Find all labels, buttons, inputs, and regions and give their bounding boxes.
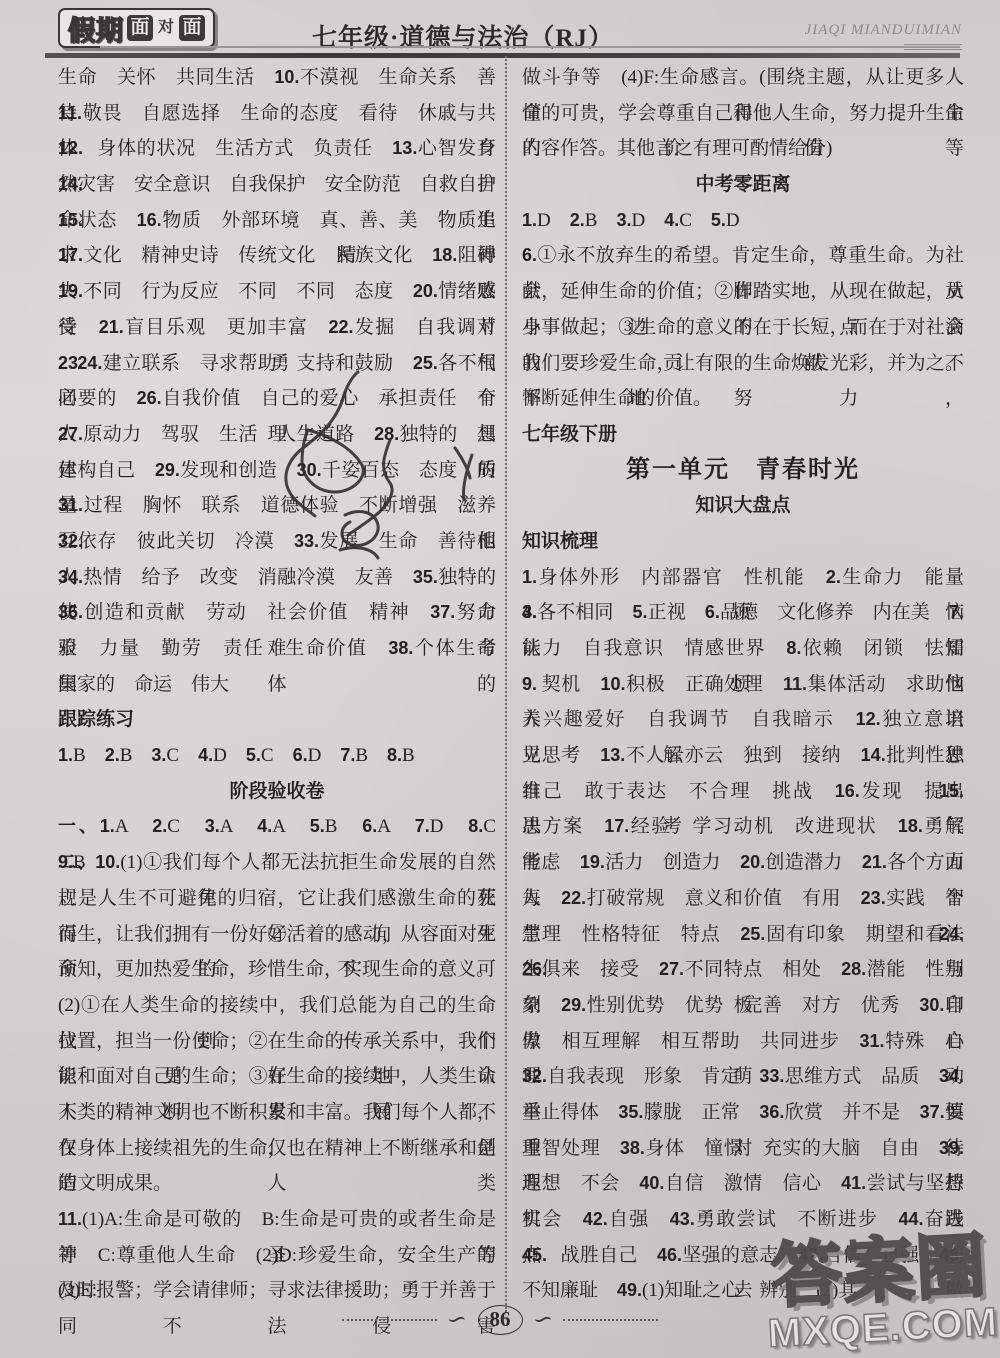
text-line: 命状态 16.物质 外部环境 真、善、美 物质追求 精神 [58, 203, 496, 239]
text-line: 理想 不会 40.自信 激情 信心 41.尝试与坚持 实践 [522, 1166, 964, 1202]
header-rule-dark [45, 53, 960, 58]
text-line: 待 21.盲目乐观 更加丰富 22.发掘 自我调节 23.勇气 [58, 310, 496, 346]
text-line: 理智处理 38.身体 憧憬 充实的大脑 自由 39.遐想 [522, 1131, 964, 1167]
text-line: 27.原动力 驾驭 生活 人生道路 28.独特的 具体的 [58, 417, 496, 453]
text-line: 人 22.打破常规 意义和价值 有用 23.实践 智慧 24. [522, 881, 964, 917]
header-rule-light [100, 46, 960, 48]
text-line: 11.敬畏 自愿选择 生命的态度 看待 休戚与共 12.身 [58, 96, 496, 132]
text-line: 1.B 2.B 3.C 4.D 5.C 6.D 7.B 8.B [58, 738, 496, 774]
text-line: 在身体上接续祖先的生命，也在精神上不断继承和创造人类 [58, 1131, 496, 1167]
text-line: 生俱来 接受 27.不同特点 相处 28.潜能 性别刻板印 [522, 952, 964, 988]
text-line: (2)①在人类生命的接续中，我们总能为自己的生命找到一个 [58, 988, 496, 1024]
text-line: 卑 相互理解 相互帮助 共同进步 31.特殊 心理萌动 [522, 1024, 964, 1060]
text-line: 预知，更加热爱生命，珍惜生命，实现生命的意义。 [58, 952, 496, 988]
text-line: 11.(1)A:生命是可敬的 B:生命是可贵的或者生命是神圣的 [58, 1202, 496, 1238]
section-heading: 知识梳理 [522, 524, 964, 560]
text-line: 举止得体 35.朦胧 正常 36.欣赏 并不是 37.慎重对待 [522, 1095, 964, 1131]
text-line: 然灾害 安全意识 自我保护 安全防范 自救自护 15.生 [58, 167, 496, 203]
watermark-logo-text: 答案圈 [763, 1230, 996, 1312]
text-line: 小事做起；③生命的意义不在于长短，而在于对社会的贡献。 [522, 310, 964, 346]
text-line: 生命 关怀 共同生活 10.不漠视 生命关系 善待 [58, 60, 496, 96]
text-line: 决方案 17.经验 学习动机 改进现状 18.勇气 能力 [522, 809, 964, 845]
section-heading: 第一单元 青春时光 [522, 453, 964, 489]
text-line: 34.热情 给予 改变 消融冷漠 友善 35.独特的使命 [58, 560, 496, 596]
logo-mian2-box: 面 [179, 15, 205, 41]
text-line: 位置，担当一份使命；②在生命的传承关系中，我们能更好地认 [58, 1024, 496, 1060]
section-heading: 知识大盘点 [522, 488, 964, 524]
logo-mian1-box: 面 [127, 15, 153, 41]
left-column: 生命 关怀 共同生活 10.不漠视 生命关系 善待11.敬畏 自愿选择 生命的态… [58, 60, 496, 1309]
logo-dui-text: 对 [156, 18, 176, 38]
footer-swirl-left-icon: ∽ [445, 1306, 470, 1334]
text-line: 识和面对自己的生命；③在生命的接续中，人类生命不断发展， [58, 1059, 496, 1095]
page-number: 86 [478, 1305, 523, 1335]
text-line: 而生，让我们拥有一份好好活着的感动，从容面对生命的不可 [58, 917, 496, 953]
text-line: 24.建立联系 寻求帮助 支持和鼓励 25.各不相同 有 [58, 346, 496, 382]
text-line: 一、1.A 2.C 3.A 4.A 5.B 6.A 7.D 8.C 9.B [58, 809, 496, 845]
text-line: 36.创造和贡献 劳动 社会价值 精神 37.努力 艰难考 [58, 595, 496, 631]
text-line: 32.自我表现 形象 肯定 33.思维方式 品质 34.重要 [522, 1059, 964, 1095]
footer-dotted-line-right [563, 1319, 658, 1321]
text-line: 互依存 彼此关切 冷漠 33.发展 生命 善待他人 [58, 524, 496, 560]
text-line: 19.不同 行为反应 不同 不同 态度 20.情绪感受 对 [58, 274, 496, 310]
page-header: 假期 面 对 面 七年级·道德与法治（RJ） JIAQI MIANDUIMIAN [0, 0, 1000, 64]
text-line: 6.①永不放弃生的希望。肯定生命，尊重生命。为社会作贡 [522, 238, 964, 274]
text-line: 能力 自我意识 情感世界 8.依赖 闭锁 怯懦 9.烦恼 [522, 631, 964, 667]
footer-swirl-right-icon: ∽ [530, 1306, 555, 1334]
text-line: 4.各不相同 5.正视 6.品德 文化修养 内在美 7.认知 [522, 595, 964, 631]
section-heading: 阶段验收卷 [58, 774, 496, 810]
text-line: 契机 10.积极 正确处理 11.集体活动 求助他人 培 [522, 667, 964, 703]
section-heading: 七年级下册 [522, 417, 964, 453]
brand-name-english: JIAQI MIANDUIMIAN [805, 22, 962, 39]
text-line: 31.过程 胸怀 联系 道德体验 不断增强 滋养 32.相 [58, 488, 496, 524]
brand-logo: 假期 面 对 面 [58, 8, 215, 48]
text-line: 1.身体外形 内部器官 性机能 2.生命力 能量 3.烦恼 [522, 560, 964, 596]
text-line: 生理 性格特征 特点 25.固有印象 期望和看法 26.与 [522, 917, 964, 953]
text-line: 等 C:尊重他人生命 (2)D:珍爱生命，安全生产等 (3)E: [58, 1238, 496, 1274]
text-line: 献，延伸生命的价值；②脚踏实地，从现在做起，从身边的点滴 [522, 274, 964, 310]
text-line: 建构自己 29.发现和创造 30.千姿百态 态度 质量 [58, 453, 496, 489]
site-watermark: 答案圈 MXQE.COM [763, 1230, 999, 1356]
text-line: 体 身体的状况 生活方式 负责任 13.心智发育 14.自 [58, 131, 496, 167]
text-line: 立思考 13.不人云亦云 独到 接纳 14.批判性思维 15. [522, 738, 964, 774]
page-title: 七年级·道德与法治（RJ） [312, 18, 614, 54]
text-line: 命的可贵，学会尊重自己和他人生命，努力提升生命的价值等 [522, 96, 964, 132]
text-line: 自己 敢于表达 不合理 挑战 16.发现 提出 思考 解 [522, 774, 964, 810]
section-heading: 跟踪练习 [58, 702, 496, 738]
logo-jiaqi-text: 假期 [68, 9, 124, 48]
text-line: 亡是人生不可避免的归宿，它让我们感激生命的获得；②向死 [58, 881, 496, 917]
text-line: 必要的 26.自我价值 自己的爱心 承担责任 个人理想 [58, 381, 496, 417]
text-line: 我们要珍爱生命，让有限的生命焕发光彩，并为之不懈地努力， [522, 346, 964, 382]
text-line: 人类的精神文明也不断积累和丰富。我们每个人都不仅仅是 [58, 1095, 496, 1131]
text-line: 考虑 19.活力 创造力 20.创造潜力 21.各个方面 每个 [522, 845, 964, 881]
text-line: 验 力量 勤劳 责任 生命价值 38.个体生命 集体的 [58, 631, 496, 667]
text-line: 养兴趣爱好 自我调节 自我暗示 12.独立意识 见解 独 [522, 702, 964, 738]
text-line: 二、10.(1)①我们每个人都无法抗拒生命发展的自然规律。死 [58, 845, 496, 881]
text-line: 做斗争等 (4)F:生命感言。(围绕主题，从让更多人懂得生 [522, 60, 964, 96]
text-line: 1.D 2.B 3.D 4.C 5.D [522, 203, 964, 239]
column-divider [505, 56, 507, 1312]
section-heading: 中考零距离 [522, 167, 964, 203]
text-line: 象 29.性别优势 优势 完善 对方 优秀 30.自傲 自 [522, 988, 964, 1024]
text-line: 17.文化 精神史诗 传统文化 民族文化 18.阻碍 失败 [58, 238, 496, 274]
footer-dotted-line-left [342, 1319, 437, 1321]
right-column: 做斗争等 (4)F:生命感言。(围绕主题，从让更多人懂得生命的可贵，学会尊重自己… [522, 60, 964, 1309]
